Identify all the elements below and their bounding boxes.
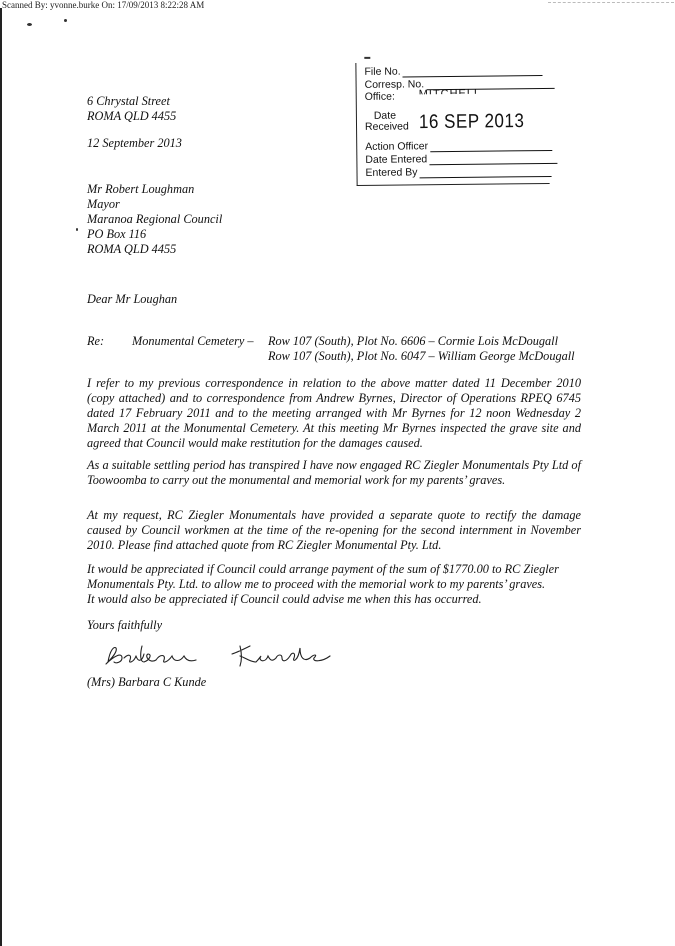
sender-street: 6 Chrystal Street xyxy=(87,94,176,109)
body-paragraph-4-line: It would also be appreciated if Council … xyxy=(87,592,581,607)
stamp-entered-by-label: Entered By xyxy=(365,166,417,179)
body-paragraph-3: At my request, RC Ziegler Monumentals ha… xyxy=(87,508,581,553)
stamp-office: Office: xyxy=(365,91,395,103)
scan-top-right-marks xyxy=(548,2,674,4)
scan-header: Scanned By: yvonne.burke On: 17/09/2013 … xyxy=(2,0,204,10)
stamp-office-value: MITCHELL xyxy=(419,88,481,95)
body-paragraph-4: It would be appreciated if Council could… xyxy=(87,562,581,607)
stamp-file-no: File No. xyxy=(364,64,542,78)
scan-left-edge xyxy=(0,8,2,946)
closing: Yours faithfully xyxy=(87,618,162,633)
re-label: Re: xyxy=(87,334,104,349)
re-plot-list: Row 107 (South), Plot No. 6606 – Cormie … xyxy=(268,334,575,364)
recipient-po-box: PO Box 116 xyxy=(87,227,222,242)
recipient-organisation: Maranoa Regional Council xyxy=(87,212,222,227)
recipient-title: Mayor xyxy=(87,197,222,212)
stamp-entered-by: Entered By xyxy=(365,165,551,179)
stamp-date-entered: Date Entered xyxy=(365,152,557,166)
re-plot-line: Row 107 (South), Plot No. 6606 – Cormie … xyxy=(268,334,575,349)
stamp-action-officer-label: Action Officer xyxy=(365,140,428,153)
received-stamp: File No. Corresp. No. Office: MITCHELL D… xyxy=(355,61,549,186)
handwritten-signature: Barbara Kunde xyxy=(100,640,335,670)
recipient-name: Mr Robert Loughman xyxy=(87,182,222,197)
re-plot-line: Row 107 (South), Plot No. 6047 – William… xyxy=(268,349,575,364)
recipient-city: ROMA QLD 4455 xyxy=(87,242,222,257)
scan-speck xyxy=(27,23,32,26)
stamp-mark xyxy=(364,57,370,59)
stamp-office-label: Office: xyxy=(365,91,395,103)
letter-date: 12 September 2013 xyxy=(87,136,182,151)
stamp-file-no-label: File No. xyxy=(364,66,400,78)
body-paragraph-1: I refer to my previous correspondence in… xyxy=(87,376,581,451)
stamp-corresp-no-label: Corresp. No. xyxy=(365,78,425,91)
stamp-date-received-value: 16 SEP 2013 xyxy=(419,110,525,134)
signer-name: (Mrs) Barbara C Kunde xyxy=(87,675,206,690)
salutation: Dear Mr Loughan xyxy=(87,292,177,307)
body-paragraph-4-line: It would be appreciated if Council could… xyxy=(87,562,581,577)
re-subject: Monumental Cemetery – xyxy=(132,334,254,349)
stamp-action-officer: Action Officer xyxy=(365,139,552,153)
stamp-date-entered-label: Date Entered xyxy=(365,153,427,166)
body-paragraph-2: As a suitable settling period has transp… xyxy=(87,458,581,488)
scan-speck xyxy=(76,228,78,231)
body-paragraph-4-line: Monumentals Pty. Ltd. to allow me to pro… xyxy=(87,577,581,592)
sender-address: 6 Chrystal Street ROMA QLD 4455 xyxy=(87,94,176,124)
recipient-address: Mr Robert Loughman Mayor Maranoa Regiona… xyxy=(87,182,222,257)
sender-city: ROMA QLD 4455 xyxy=(87,109,176,124)
scan-speck xyxy=(64,19,67,22)
stamp-date-received-label: Date Received xyxy=(365,110,405,132)
